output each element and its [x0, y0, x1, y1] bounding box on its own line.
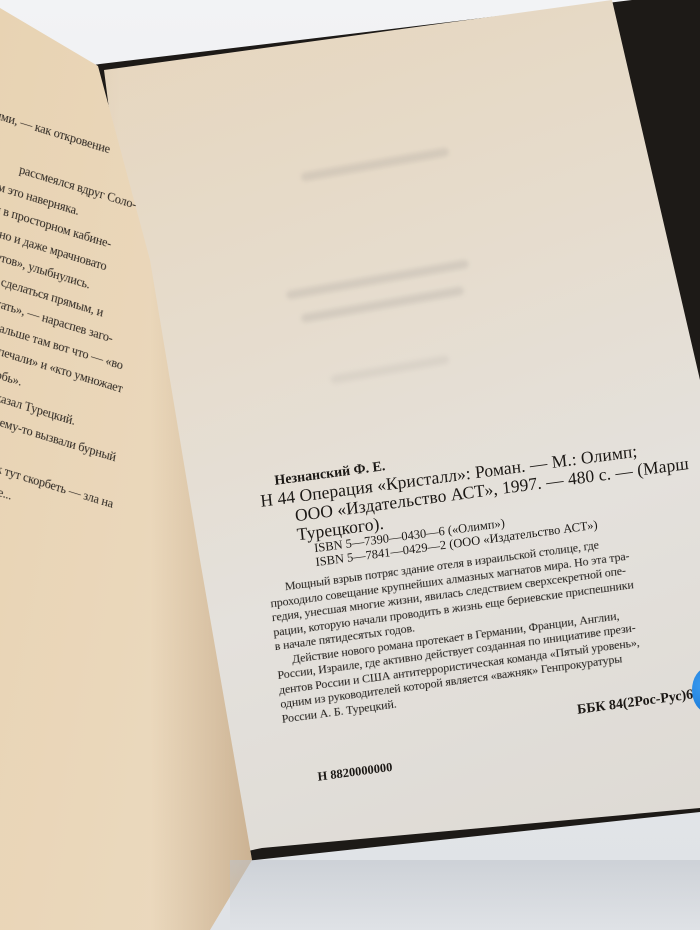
bbk-code: ББК 84(2Рос-Рус)6 — [576, 685, 700, 719]
photo-scene: олми, — как откровение рассмеялся вдруг … — [0, 0, 700, 930]
table-surface — [230, 860, 700, 930]
catalog-card: Незнанский Ф. Е. Н 44 Операция «Кристалл… — [258, 419, 700, 788]
